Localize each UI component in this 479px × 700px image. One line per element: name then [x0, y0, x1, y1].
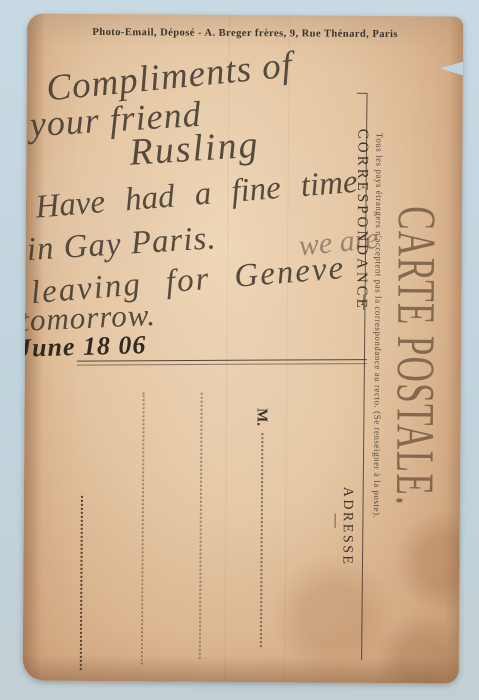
- foreign-countries-notice: Tous les pays étrangers n'acceptent pas …: [372, 133, 385, 519]
- printer-imprint-line: Photo-Email, Déposé - A. Breger frères, …: [27, 26, 463, 40]
- address-dotted-line: [199, 393, 203, 659]
- addressee-prefix: M.: [252, 408, 269, 426]
- correspondance-label: CORRESPONDANCE: [352, 129, 370, 311]
- handwritten-line: Have had a fine time: [34, 164, 359, 227]
- handwritten-date: June 18 06: [23, 330, 147, 364]
- card-edge-tear-notch: [439, 59, 463, 77]
- adresse-dash: —: [327, 514, 343, 528]
- carte-postale-title: CARTE POSTALE.: [384, 206, 448, 506]
- address-dotted-line: [260, 433, 263, 647]
- address-dotted-line: [141, 392, 145, 664]
- handwritten-signature: Rusling: [128, 123, 261, 175]
- section-divider-tick: [357, 93, 367, 94]
- correspondance-dash: —: [355, 295, 372, 310]
- postcard-back: Photo-Email, Déposé - A. Breger frères, …: [23, 13, 464, 683]
- scan-background: Photo-Email, Déposé - A. Breger frères, …: [0, 0, 479, 700]
- address-dotted-line: [80, 496, 83, 670]
- address-section-rule: [77, 359, 367, 366]
